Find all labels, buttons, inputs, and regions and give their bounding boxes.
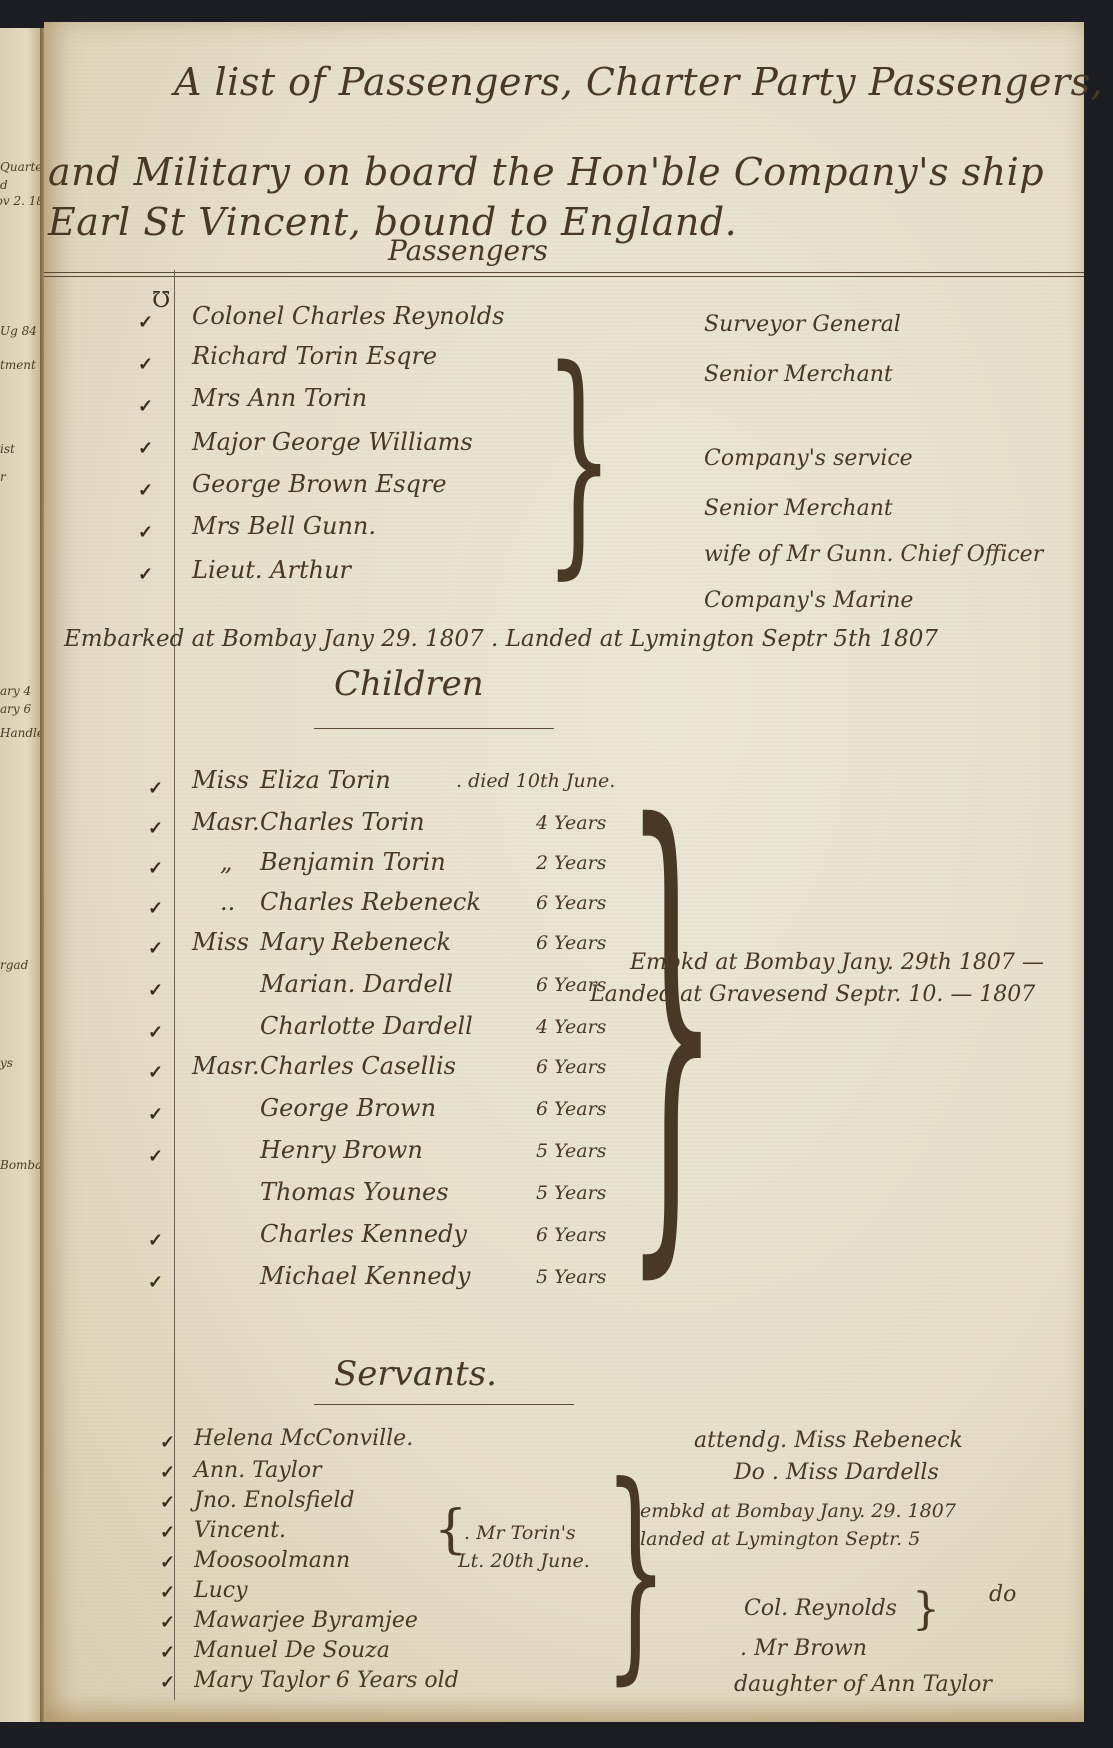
child-age: 2 Years	[536, 852, 606, 874]
check-mark-icon: ✓	[160, 1672, 175, 1693]
passenger-note: Senior Merchant	[704, 496, 893, 521]
bracket-children: }	[624, 728, 719, 1320]
margin-fragment: ary 6	[0, 702, 44, 716]
child-name: Charles Rebeneck	[260, 888, 481, 916]
child-age: 6 Years	[536, 1056, 606, 1078]
passenger-name: Colonel Charles Reynolds	[192, 302, 504, 330]
child-name: Michael Kennedy	[260, 1262, 471, 1290]
mr-brown-note: . Mr Brown	[740, 1636, 867, 1661]
bracket-ditto: }	[912, 1584, 940, 1635]
servants-embarkation-line-2: landed at Lymington Septr. 5	[640, 1528, 920, 1550]
passenger-name: Major George Williams	[192, 428, 473, 456]
margin-fragment: Bomba	[0, 1158, 44, 1172]
check-mark-icon: ✓	[148, 938, 163, 959]
passenger-name: Mrs Bell Gunn.	[192, 512, 376, 540]
children-rule	[314, 728, 554, 729]
servant-name: Mary Taylor 6 Years old	[194, 1668, 459, 1693]
check-mark-icon: ✓	[160, 1552, 175, 1573]
margin-fragment: r	[0, 470, 44, 484]
child-age: 6 Years	[536, 1224, 606, 1246]
check-mark-icon: ✓	[148, 898, 163, 919]
child-name: Eliza Torin	[260, 766, 391, 794]
child-name: Henry Brown	[260, 1136, 423, 1164]
child-age: 6 Years	[536, 932, 606, 954]
child-name: Charles Kennedy	[260, 1220, 467, 1248]
servant-note: attendg. Miss Rebeneck	[694, 1428, 963, 1453]
check-mark-icon: ✓	[148, 1146, 163, 1167]
child-age: 5 Years	[536, 1182, 606, 1204]
torin-note-line-2: Lt. 20th June.	[458, 1550, 590, 1572]
passenger-note: wife of Mr Gunn. Chief Officer	[704, 542, 1043, 567]
check-mark-icon: ✓	[148, 1104, 163, 1125]
header-rule-double	[44, 276, 1084, 277]
margin-fragment: Quarte	[0, 160, 44, 174]
left-page-edge: Quarte d Nov 2. 18 84 Ug tment ist r ary…	[0, 28, 44, 1722]
servant-name: Vincent.	[194, 1518, 286, 1543]
margin-fragment: d	[0, 178, 44, 192]
title-line-2: and Military on board the Hon'ble Compan…	[48, 150, 1044, 194]
check-mark-icon: ✓	[148, 980, 163, 1001]
margin-fragment: rgad	[0, 958, 44, 972]
servant-name: Moosoolmann	[194, 1548, 350, 1573]
check-mark-icon: ✓	[160, 1492, 175, 1513]
check-mark-icon: ✓	[138, 564, 153, 585]
check-mark-icon: ✓	[160, 1522, 175, 1543]
child-age: . died 10th June.	[456, 770, 615, 792]
margin-fragment: Handle	[0, 726, 44, 740]
passenger-name: Richard Torin Esqre	[192, 342, 437, 370]
servant-name: Manuel De Souza	[194, 1638, 390, 1663]
child-age: 6 Years	[536, 892, 606, 914]
check-mark-icon: ✓	[148, 818, 163, 839]
check-mark-icon: ✓	[138, 480, 153, 501]
servant-name: Helena McConville.	[194, 1426, 413, 1451]
child-name: Charles Torin	[260, 808, 425, 836]
margin-rule	[174, 270, 175, 1700]
check-mark-icon: ✓	[138, 522, 153, 543]
servants-rule	[314, 1404, 574, 1405]
children-embarkation-line-2: Landed at Gravesend Septr. 10. — 1807	[590, 982, 1035, 1007]
check-mark-icon: ✓	[148, 858, 163, 879]
col-reynolds-note: Col. Reynolds	[744, 1596, 897, 1621]
child-age: 4 Years	[536, 812, 606, 834]
servant-name: Jno. Enolsfield	[194, 1488, 354, 1513]
child-title: Miss	[192, 928, 249, 956]
servant-note: Do . Miss Dardells	[734, 1460, 939, 1485]
passenger-name: Mrs Ann Torin	[192, 384, 367, 412]
passengers-embarkation-note: Embarked at Bombay Jany 29. 1807 . Lande…	[64, 626, 938, 652]
servant-name: Ann. Taylor	[194, 1458, 322, 1483]
child-name: Charlotte Dardell	[260, 1012, 473, 1040]
passenger-note: Company's service	[704, 446, 913, 471]
check-mark-icon: ✓	[160, 1612, 175, 1633]
check-mark-icon: ✓	[138, 396, 153, 417]
child-name: Thomas Younes	[260, 1178, 449, 1206]
margin-fragment: 84 Ug	[0, 324, 44, 338]
child-title: ..	[220, 888, 235, 916]
passenger-note: Senior Merchant	[704, 362, 893, 387]
child-age: 4 Years	[536, 1016, 606, 1038]
bracket-passengers: }	[544, 318, 614, 600]
passenger-note: Company's Marine	[704, 588, 913, 613]
check-mark-icon: ✓	[160, 1432, 175, 1453]
child-name: Charles Casellis	[260, 1052, 456, 1080]
title-line-1: A list of Passengers, Charter Party Pass…	[174, 60, 1103, 104]
margin-fragment: Nov 2. 18	[0, 194, 44, 208]
child-name: Mary Rebeneck	[260, 928, 451, 956]
check-mark-icon: ✓	[148, 778, 163, 799]
passengers-heading: Passengers	[388, 234, 548, 267]
check-mark-icon: ✓	[148, 1272, 163, 1293]
check-mark-icon: ✓	[160, 1462, 175, 1483]
servants-embarkation-line-1: embkd at Bombay Jany. 29. 1807	[640, 1500, 956, 1522]
child-title: Masr.	[192, 1052, 260, 1080]
check-mark-icon: ✓	[148, 1022, 163, 1043]
margin-fragment: ist	[0, 442, 44, 456]
servant-name: Mawarjee Byramjee	[194, 1608, 418, 1633]
child-name: Marian. Dardell	[260, 970, 453, 998]
margin-fragment: tment	[0, 358, 44, 372]
check-mark-icon: ✓	[138, 312, 153, 333]
child-title: „	[220, 848, 232, 876]
children-heading: Children	[334, 664, 484, 704]
servants-heading: Servants.	[334, 1354, 497, 1394]
check-mark-icon: ✓	[160, 1642, 175, 1663]
torin-note-line-1: . Mr Torin's	[464, 1522, 576, 1544]
manuscript-page: A list of Passengers, Charter Party Pass…	[44, 22, 1084, 1722]
passenger-name: George Brown Esqre	[192, 470, 447, 498]
header-rule	[44, 272, 1084, 273]
bracket-servants: }	[604, 1436, 668, 1705]
curl-mark-icon: ℧	[152, 288, 170, 313]
servant-name: Lucy	[194, 1578, 248, 1603]
child-title: Miss	[192, 766, 249, 794]
ditto-mark: do	[989, 1582, 1016, 1607]
check-mark-icon: ✓	[138, 438, 153, 459]
child-age: 6 Years	[536, 1098, 606, 1120]
child-title: Masr.	[192, 808, 260, 836]
passenger-note: Surveyor General	[704, 312, 901, 337]
margin-fragment: ys	[0, 1056, 44, 1070]
check-mark-icon: ✓	[160, 1582, 175, 1603]
check-mark-icon: ✓	[148, 1062, 163, 1083]
child-age: 5 Years	[536, 1140, 606, 1162]
child-name: Benjamin Torin	[260, 848, 446, 876]
check-mark-icon: ✓	[148, 1230, 163, 1251]
passenger-name: Lieut. Arthur	[192, 556, 351, 584]
child-name: George Brown	[260, 1094, 436, 1122]
servant-note: daughter of Ann Taylor	[734, 1672, 992, 1697]
child-age: 5 Years	[536, 1266, 606, 1288]
children-embarkation-line-1: Embkd at Bombay Jany. 29th 1807 —	[630, 950, 1044, 975]
check-mark-icon: ✓	[138, 354, 153, 375]
margin-fragment: ary 4	[0, 684, 44, 698]
